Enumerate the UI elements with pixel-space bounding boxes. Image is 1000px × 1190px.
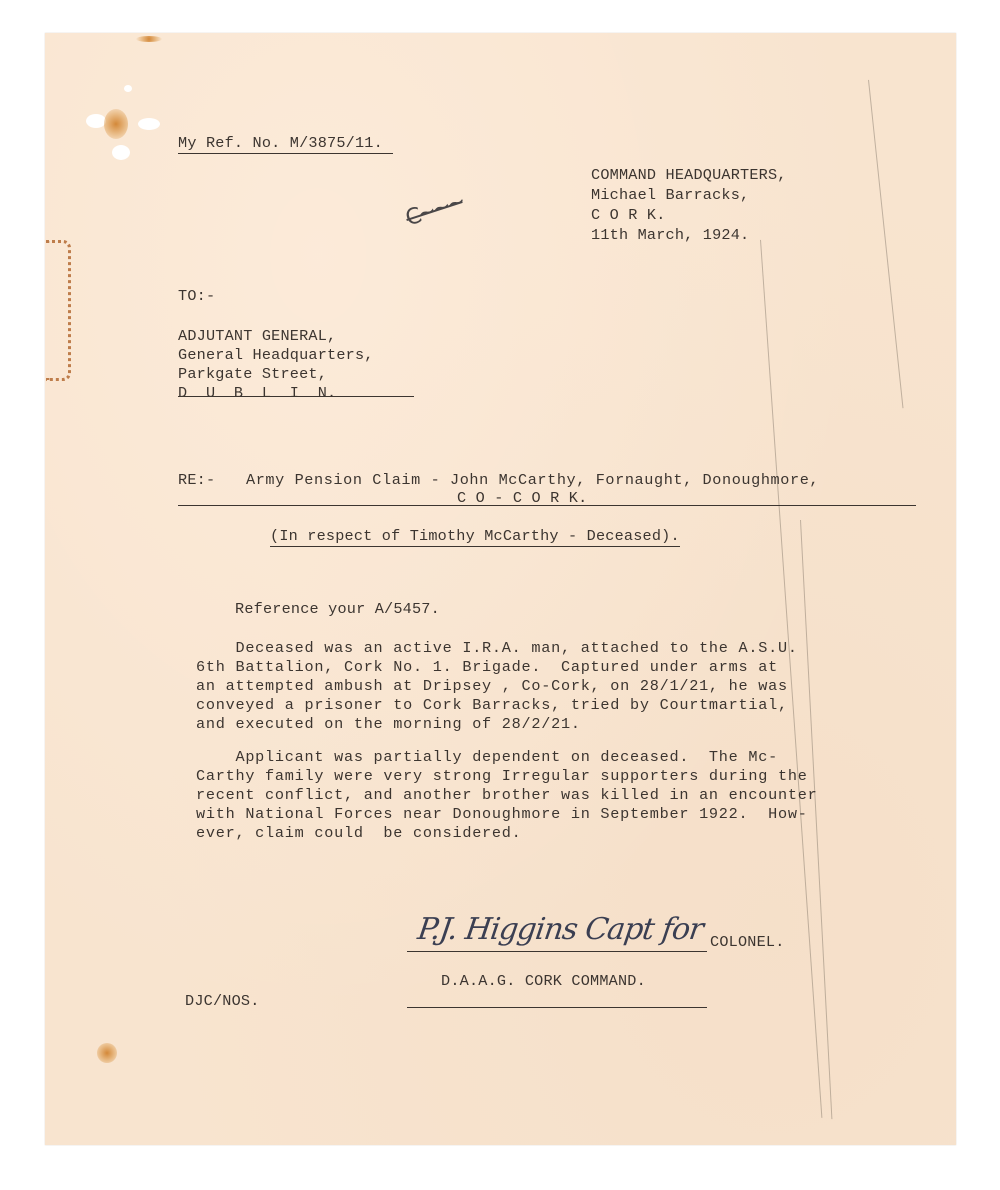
signature-line [407,951,707,952]
body-reference-line: Reference your A/5457. [235,600,440,619]
recipient-street: Parkgate Street, [178,365,327,384]
signature-block-underline [407,1007,707,1008]
letterhead-city: C O R K. [591,206,666,225]
recipient-city: D U B L I N. [178,384,336,403]
signatory-rank: COLONEL. [710,933,785,952]
punch-hole [124,85,132,92]
recipient-title: ADJUTANT GENERAL, [178,327,336,346]
recipient-office: General Headquarters, [178,346,374,365]
paperclip-stain [46,240,71,381]
punch-hole [138,118,160,130]
body-paragraph-line: an attempted ambush at Dripsey , Co-Cork… [196,677,788,696]
body-paragraph-line: conveyed a prisoner to Cork Barracks, tr… [196,696,788,715]
rust-stain [97,1043,117,1063]
handwritten-signature: P.J. Higgins Capt for [416,912,705,947]
body-paragraph-line: Applicant was partially dependent on dec… [196,748,778,767]
punch-hole [86,114,106,128]
letterhead-unit: COMMAND HEADQUARTERS, [591,166,787,185]
subject-line: Army Pension Claim - John McCarthy, Forn… [246,471,819,490]
letterhead-barracks: Michael Barracks, [591,186,749,205]
signatory-title: D.A.A.G. CORK COMMAND. [441,972,646,991]
subject-prefix: RE:- [178,471,215,490]
body-paragraph-line: Carthy family were very strong Irregular… [196,767,808,786]
subject-in-respect: (In respect of Timothy McCarthy - Deceas… [270,527,680,547]
to-label: TO:- [178,287,215,306]
recipient-underline [178,396,414,397]
rust-stain [104,109,128,139]
body-paragraph-line: with National Forces near Donoughmore in… [196,805,808,824]
rust-stain [136,36,162,42]
typist-reference: DJC/NOS. [185,992,260,1011]
subject-underline [178,505,916,506]
body-paragraph-line: 6th Battalion, Cork No. 1. Brigade. Capt… [196,658,778,677]
punch-hole [112,145,130,160]
body-paragraph-line: Deceased was an active I.R.A. man, attac… [196,639,798,658]
body-paragraph-line: recent conflict, and another brother was… [196,786,817,805]
body-paragraph-line: ever, claim could be considered. [196,824,522,843]
letter-date: 11th March, 1924. [591,226,749,245]
reference-number: My Ref. No. M/3875/11. [178,134,393,154]
body-paragraph-line: and executed on the morning of 28/2/21. [196,715,581,734]
